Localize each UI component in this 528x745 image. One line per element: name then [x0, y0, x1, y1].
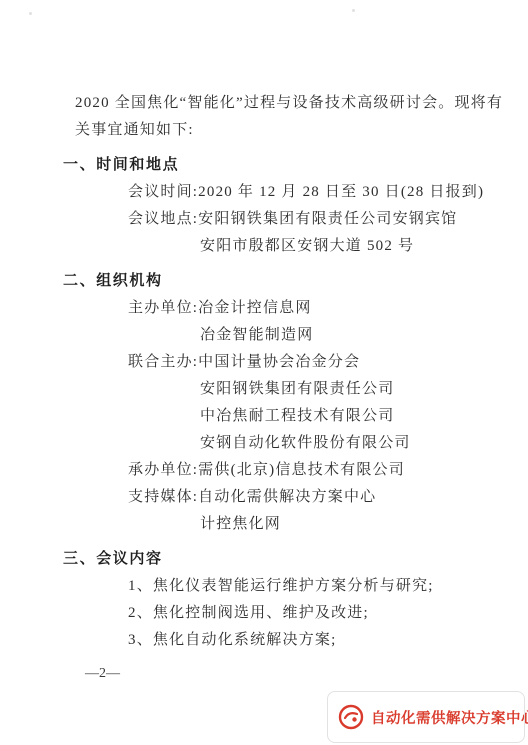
co-host-line: 联合主办:中国计量协会冶金分会	[63, 349, 488, 376]
section-heading-agenda: 三、会议内容	[63, 546, 488, 573]
watermark-circle-icon	[338, 704, 364, 730]
watermark-logo: 自动化需供解决方案中心	[327, 691, 525, 743]
agenda-item: 2、焦化控制阀选用、维护及改进;	[63, 600, 488, 627]
document-body: 2020 全国焦化“智能化”过程与设备技术高级研讨会。现将有 关事宜通知如下: …	[63, 90, 488, 687]
agenda-item: 3、焦化自动化系统解决方案;	[63, 627, 488, 654]
media-support-line: 支持媒体:自动化需供解决方案中心	[63, 484, 488, 511]
section-heading-time-place: 一、时间和地点	[63, 152, 488, 179]
meeting-place-line: 会议地点:安阳钢铁集团有限责任公司安钢宾馆	[63, 206, 488, 233]
meeting-time-line: 会议时间:2020 年 12 月 28 日至 30 日(28 日报到)	[63, 179, 488, 206]
co-host-line: 安阳钢铁集团有限责任公司	[63, 376, 488, 403]
host-unit-line: 冶金智能制造网	[63, 322, 488, 349]
page-number: —2—	[63, 660, 488, 687]
intro-line: 关事宜通知如下:	[63, 117, 488, 144]
organizer-line: 承办单位:需供(北京)信息技术有限公司	[63, 457, 488, 484]
media-support-line: 计控焦化网	[63, 511, 488, 538]
agenda-item: 1、焦化仪表智能运行维护方案分析与研究;	[63, 573, 488, 600]
scanned-document-page: 2020 全国焦化“智能化”过程与设备技术高级研讨会。现将有 关事宜通知如下: …	[0, 0, 528, 745]
meeting-address-line: 安阳市殷都区安钢大道 502 号	[63, 233, 488, 260]
host-unit-line: 主办单位:冶金计控信息网	[63, 295, 488, 322]
co-host-line: 安钢自动化软件股份有限公司	[63, 430, 488, 457]
watermark-text: 自动化需供解决方案中心	[371, 707, 528, 728]
section-heading-organization: 二、组织机构	[63, 268, 488, 295]
co-host-line: 中冶焦耐工程技术有限公司	[63, 403, 488, 430]
scan-artifact-dot	[29, 12, 32, 15]
scan-artifact-dot	[352, 9, 355, 12]
intro-line: 2020 全国焦化“智能化”过程与设备技术高级研讨会。现将有	[63, 90, 488, 117]
